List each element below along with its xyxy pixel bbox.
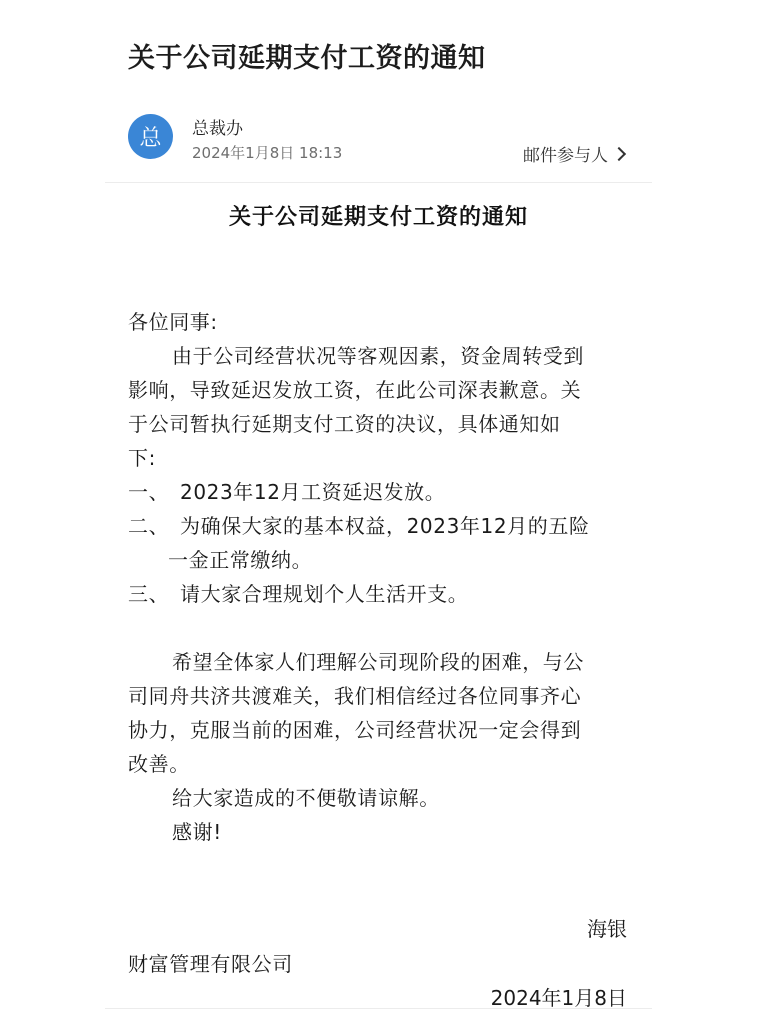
footer-divider xyxy=(105,1008,652,1009)
closing-line: 改善。 xyxy=(128,748,190,777)
list-item-marker: 一、 xyxy=(128,476,169,505)
mail-subject: 关于公司延期支付工资的通知 xyxy=(128,36,486,75)
sender-name[interactable]: 总裁办 xyxy=(192,114,243,139)
list-item-text: 请大家合理规划个人生活开支。 xyxy=(180,578,468,607)
greeting: 各位同事: xyxy=(128,306,218,335)
document-title: 关于公司延期支付工资的通知 xyxy=(0,200,757,231)
list-item-text: 为确保大家的基本权益，2023年12月的五险 xyxy=(180,510,590,539)
chevron-right-icon xyxy=(612,146,626,160)
avatar-initial: 总 xyxy=(139,121,161,152)
intro-line: 影响，导致延迟发放工资，在此公司深表歉意。关 xyxy=(128,374,581,403)
closing-line: 希望全体家人们理解公司现阶段的困难，与公 xyxy=(172,646,584,675)
header-divider xyxy=(105,182,652,183)
participants-label: 邮件参与人 xyxy=(523,141,608,166)
intro-line: 于公司暂执行延期支付工资的决议，具体通知如 xyxy=(128,408,561,437)
closing-line: 协力，克服当前的困难，公司经营状况一定会得到 xyxy=(128,714,581,743)
signature-line-2: 财富管理有限公司 xyxy=(128,948,293,977)
list-item-text: 一金正常缴纳。 xyxy=(168,544,312,573)
signature-line-1: 海银 xyxy=(587,913,627,942)
list-item-marker: 三、 xyxy=(128,578,169,607)
sender-row: 总 总裁办 2024年1月8日 18:13 邮件参与人 xyxy=(128,114,628,164)
mail-participants-button[interactable]: 邮件参与人 xyxy=(523,141,628,166)
list-item-marker: 二、 xyxy=(128,510,169,539)
intro-line: 由于公司经营状况等客观因素，资金周转受到 xyxy=(172,340,584,369)
signature-date: 2024年1月8日 xyxy=(491,982,627,1011)
closing-line: 司同舟共济共渡难关，我们相信经过各位同事齐心 xyxy=(128,680,581,709)
sent-time: 2024年1月8日 18:13 xyxy=(192,142,342,163)
apology-text: 给大家造成的不便敬请谅解。 xyxy=(172,782,440,811)
thanks-text: 感谢! xyxy=(172,816,222,845)
avatar[interactable]: 总 xyxy=(128,114,173,159)
intro-line: 下: xyxy=(128,442,156,471)
list-item-text: 2023年12月工资延迟发放。 xyxy=(180,476,445,505)
